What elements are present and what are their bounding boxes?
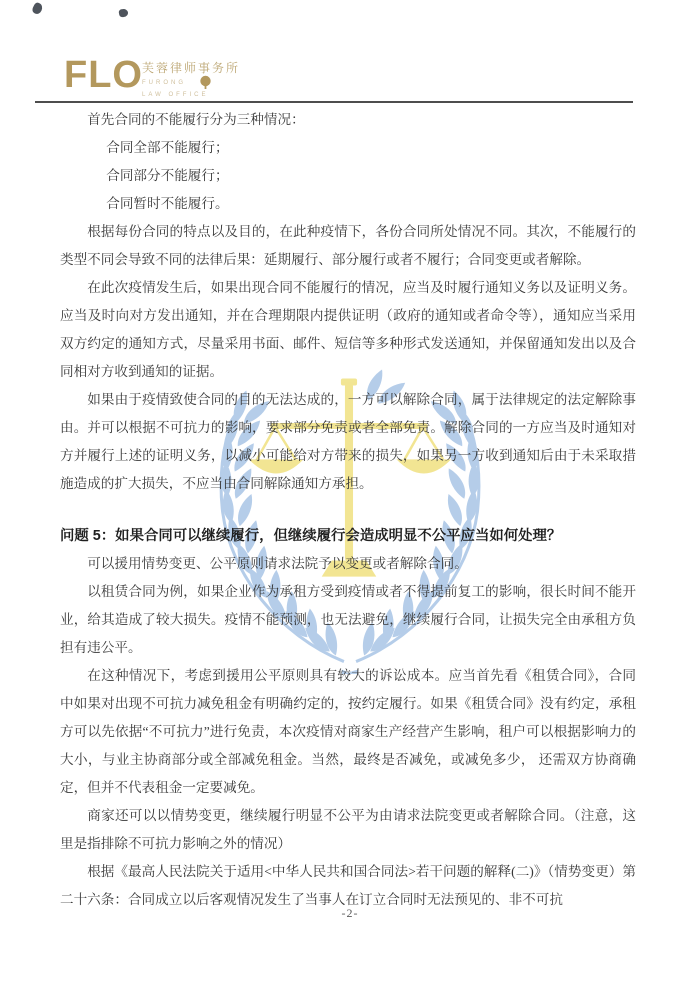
- document-body: 首先合同的不能履行分为三种情况： 合同全部不能履行； 合同部分不能履行； 合同暂…: [60, 106, 636, 914]
- firm-name-chinese: 芙蓉律师事务所: [142, 59, 262, 76]
- logo-subtitle-block: 芙蓉律师事务所 FURONG LAW OFFICE: [142, 59, 262, 100]
- firm-name-english-line2: LAW OFFICE: [142, 91, 262, 100]
- paragraph: 根据每份合同的特点以及目的，在此种疫情下，各份合同所处情况不同。其次，不能履行的…: [60, 218, 636, 274]
- header-divider: [35, 101, 633, 103]
- paragraph: 商家还可以以情势变更，继续履行明显不公平为由请求法院变更或者解除合同。（注意，这…: [60, 802, 636, 858]
- list-item: 合同部分不能履行；: [60, 162, 636, 190]
- page-header: FLO 芙蓉律师事务所 FURONG LAW OFFICE: [0, 0, 700, 106]
- list-item: 合同全部不能履行；: [60, 134, 636, 162]
- paragraph: 在此次疫情发生后，如果出现合同不能履行的情况，应当及时履行通知义务以及证明义务。…: [60, 274, 636, 386]
- paragraph: 在这种情况下，考虑到援用公平原则具有较大的诉讼成本。应当首先看《租赁合同》，合同…: [60, 662, 636, 802]
- document-page: FLO 芙蓉律师事务所 FURONG LAW OFFICE 首先合同的不能履行分…: [0, 0, 700, 989]
- paragraph: 首先合同的不能履行分为三种情况：: [60, 106, 636, 134]
- page-number: -2-: [0, 906, 700, 921]
- paragraph: 如果由于疫情致使合同的目的无法达成的，一方可以解除合同，属于法律规定的法定解除事…: [60, 386, 636, 498]
- paragraph: 以租赁合同为例，如果企业作为承租方受到疫情或者不得提前复工的影响，很长时间不能开…: [60, 578, 636, 662]
- paragraph: 可以援用情势变更、公平原则请求法院予以变更或者解除合同。: [60, 550, 636, 578]
- logo-flo: FLO: [64, 56, 143, 94]
- list-item: 合同暂时不能履行。: [60, 190, 636, 218]
- question-heading: 问题 5：如果合同可以继续履行，但继续履行会造成明显不公平应当如何处理？: [60, 522, 636, 550]
- tree-icon: [198, 75, 213, 90]
